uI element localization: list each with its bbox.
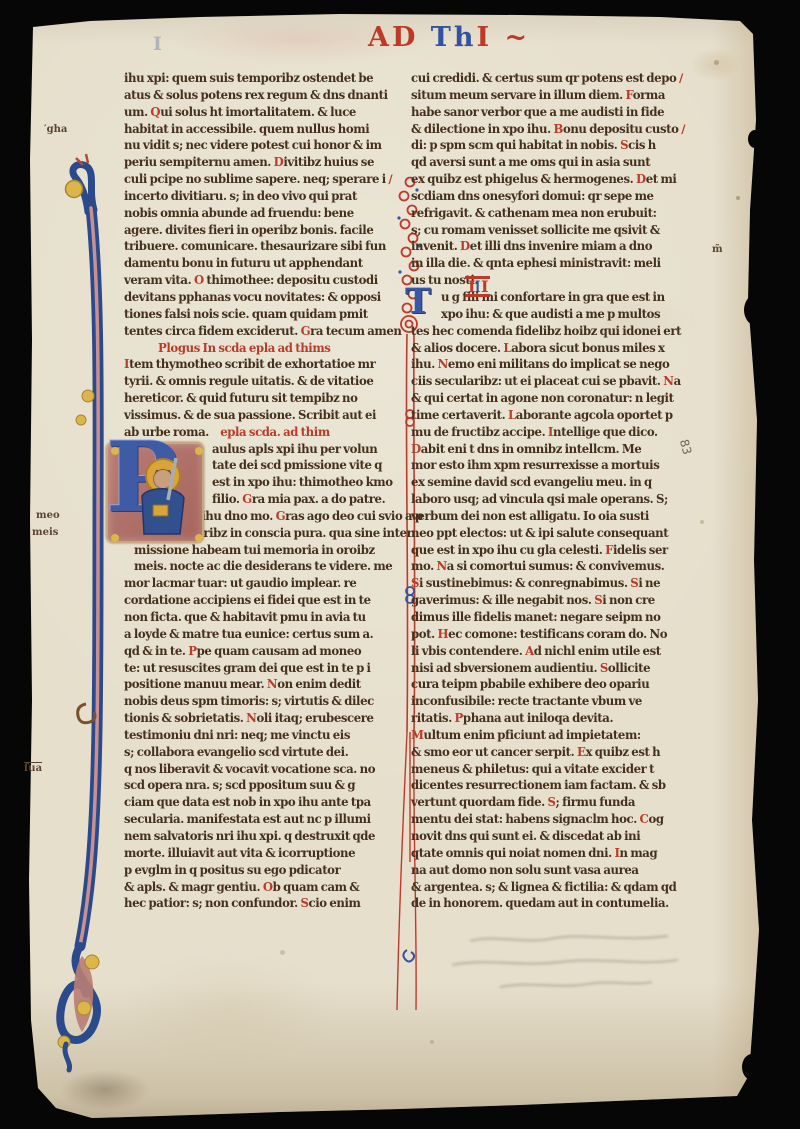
- text-line: cordatione accipiens ei fidei que est in…: [124, 592, 412, 609]
- ink-speck: [700, 520, 704, 524]
- text-line: p evglm in q positus su ego pdicator: [124, 862, 412, 879]
- text-line: tionis & sobrietatis. Noli itaq; erubesc…: [124, 710, 412, 727]
- text-line: mu de fructibz accipe. Intellige que dic…: [411, 424, 707, 441]
- text-line: meis. nocte ac die desiderans te videre.…: [124, 558, 412, 575]
- text-line: positione manuu mear. Non enim dedit: [124, 676, 412, 693]
- text-line: refrigavit. & cathenam mea non erubuit:: [411, 205, 707, 222]
- ink-speck: [714, 60, 719, 65]
- text-line: & qui certat in agone non coronatur: n l…: [411, 390, 707, 407]
- text-line: Si sustinebimus: & conregnabimus. Si ne: [411, 575, 707, 592]
- text-line: non ficta. que & habitavit pmu in avia t…: [124, 609, 412, 626]
- margin-note-meis: meis: [32, 527, 58, 538]
- text-line: laboro usq; ad vincula qsi male operans.…: [411, 491, 707, 508]
- text-column-right: cui credidi. & certus sum qr potens est …: [411, 70, 707, 912]
- text-line: qd aversi sunt a me oms qui in asia sunt: [411, 154, 707, 171]
- text-line: na aut domo non solu sunt vasa aurea: [411, 862, 707, 879]
- text-line: ihu xpi: quem suis temporibz ostendet be: [124, 70, 412, 87]
- text-line: & apls. & magr gentiu. Ob quam cam &: [124, 879, 412, 896]
- text-line: tyrii. & omnis regule uitatis. & de vita…: [124, 373, 412, 390]
- text-line: de in honorem. quedam aut in contumelia.: [411, 895, 707, 912]
- ink-speck: [430, 1040, 434, 1044]
- text-line: nobis omnia abunde ad fruendu: bene: [124, 205, 412, 222]
- text-line: s; collabora evangelio scd virtute dei.: [124, 744, 412, 761]
- chapter-numeral-ii: III: [465, 276, 490, 297]
- gold-dot: [82, 390, 94, 402]
- quire-mark: I: [153, 33, 162, 55]
- text-line: damentu bonu in futuru ut apphendant: [124, 255, 412, 272]
- text-line: li vbis contendere. Ad nichl enim utile …: [411, 643, 707, 660]
- text-line: agere. divites fieri in operibz bonis. f…: [124, 222, 412, 239]
- text-line: nem salvatoris nri ihu xpi. q destruxit …: [124, 828, 412, 845]
- text-line: ciam que data est nob in xpo ihu ante tp…: [124, 794, 412, 811]
- text-line: devitans pphanas vocu novitates: & oppos…: [124, 289, 412, 306]
- text-line: um. Qui solus ht imortalitatem. & luce: [124, 104, 412, 121]
- text-line: pot. Hec comone: testificans coram do. N…: [411, 626, 707, 643]
- illuminated-initial-p: P: [106, 442, 204, 543]
- text-line: Multum enim pficiunt ad impietatem:: [411, 727, 707, 744]
- faded-line: [500, 982, 652, 987]
- text-line: s; cu romam venisset sollicite me qsivit…: [411, 222, 707, 239]
- text-line: mor lacmar tuar: ut gaudio implear. re: [124, 575, 412, 592]
- text-line: a loyde & matre tua eunice: certus sum a…: [124, 626, 412, 643]
- manuscript-photo: AD ThI ~ I: [0, 0, 800, 1129]
- text-line: qd & in te. Ppe quam causam ad moneo: [124, 643, 412, 660]
- ink-speck: [736, 196, 740, 200]
- text-line: dicentes resurrectionem iam factam. & sb: [411, 777, 707, 794]
- text-line: dimus ille fidelis manet: negare seipm n…: [411, 609, 707, 626]
- text-line: hereticor. & quid futuru sit tempibz no: [124, 390, 412, 407]
- ink-speck: [280, 950, 285, 955]
- edge-notch: [748, 130, 762, 148]
- text-line: xpo ihu: & que audisti a me p multos: [411, 306, 707, 323]
- text-line: mor esto ihm xpm resurrexisse a mortuis: [411, 457, 707, 474]
- text-line: us tu nosti.: [411, 272, 707, 289]
- text-line: situm meum servare in illum diem. Forma: [411, 87, 707, 104]
- text-line: periu sempiternu amen. Divitibz huius se: [124, 154, 412, 171]
- text-line: scd opera nra. s; scd ppositum suu & g: [124, 777, 412, 794]
- text-line: mentu dei stat: habens signaclm hoc. Cog: [411, 811, 707, 828]
- text-line: verbum dei non est alligatu. Io oia sust…: [411, 508, 707, 525]
- gold-dot: [85, 955, 99, 969]
- edge-notch: [744, 294, 770, 326]
- text-line: cura teipm pbabile exhibere deo opariu: [411, 676, 707, 693]
- text-line: mo. Na si comortui sumus: & convivemus.: [411, 558, 707, 575]
- text-line: novit dns qui sunt ei. & discedat ab ini: [411, 828, 707, 845]
- text-line: vertunt quordam fide. S; firmu funda: [411, 794, 707, 811]
- text-line: meneus & philetus: qui a vitate excider …: [411, 761, 707, 778]
- text-line: inconfusibile: recte tractante vbum ve: [411, 693, 707, 710]
- text-line: tribuere. comunicare. thesaurizare sibi …: [124, 238, 412, 255]
- left-illuminated-bar: [36, 156, 128, 1074]
- text-line: Dabit eni t dns in omnibz intellcm. Me: [411, 441, 707, 458]
- faded-inscription: [440, 925, 720, 1000]
- text-line: qtate omnis qui noiat nomen dni. In mag: [411, 845, 707, 862]
- plaque-gold-corners: [108, 444, 206, 545]
- faded-line: [470, 936, 668, 941]
- text-line: time certaverit. Laborante agcola oporte…: [411, 407, 707, 424]
- text-line: atus & solus potens rex regum & dns dnan…: [124, 87, 412, 104]
- text-line: u g fili mi confortare in gra que est in: [411, 289, 707, 306]
- running-title: AD ThI ~: [368, 22, 530, 53]
- text-line: incerto divitiaru. s; in deo vivo qui pr…: [124, 188, 412, 205]
- faded-line: [452, 960, 678, 965]
- edge-notch: [742, 1054, 762, 1080]
- text-line: habe sanor verbor que a me audisti in fi…: [411, 104, 707, 121]
- text-line: secularia. manifestata est aut nc p illu…: [124, 811, 412, 828]
- text-line: ex quibz est phigelus & hermogenes. Det …: [411, 171, 707, 188]
- text-line: morte. illuiavit aut vita & icorruptione: [124, 845, 412, 862]
- text-line: ritatis. Pphana aut iniloqa devita.: [411, 710, 707, 727]
- text-line: invenit. Det illi dns invenire miam a dn…: [411, 238, 707, 255]
- text-line: nu vidit s; nec videre potest cui honor …: [124, 137, 412, 154]
- gold-dot: [77, 1001, 91, 1015]
- text-line: ex semine david scd evangeliu meu. in q: [411, 474, 707, 491]
- text-line: testimoniu dni nri: neq; me vinctu eis: [124, 727, 412, 744]
- text-line: tes hec comenda fidelibz hoibz qui idone…: [411, 323, 707, 340]
- text-line: gaverimus: & ille negabit nos. Si non cr…: [411, 592, 707, 609]
- gold-dot: [76, 415, 86, 425]
- text-line: Plogus In scda epla ad thims: [124, 340, 412, 357]
- text-line: veram vita. O thimothee: depositu custod…: [124, 272, 412, 289]
- text-line: que est in xpo ihu cu gla celesti. Fidel…: [411, 542, 707, 559]
- margin-note-meo: meo: [36, 510, 60, 521]
- margin-note-m: m̃: [712, 244, 723, 255]
- text-line: nisi ad sbversionem audientiu. Sollicite: [411, 660, 707, 677]
- blue-curl: [403, 950, 414, 962]
- initial-letter-t: T: [405, 284, 431, 319]
- text-line: ihu. Nemo eni militans do implicat se ne…: [411, 356, 707, 373]
- text-line: habitat in accessibile. quem nullus homi: [124, 121, 412, 138]
- margin-note-sua: ſua: [24, 763, 42, 774]
- text-line: nobis deus spm timoris: s; virtutis & di…: [124, 693, 412, 710]
- margin-gloss-top: ′gha: [44, 124, 67, 135]
- text-line: tentes circa fidem exciderut. Gra tecum …: [124, 323, 412, 340]
- text-line: Item thymotheo scribit de exhortatioe mr: [124, 356, 412, 373]
- text-line: tiones falsi nois scie. quam quidam pmit: [124, 306, 412, 323]
- text-line: in illa die. & qnta ephesi ministravit: …: [411, 255, 707, 272]
- text-line: cui credidi. & certus sum qr potens est …: [411, 70, 707, 87]
- text-line: hec patior: s; non confundor. Scio enim: [124, 895, 412, 912]
- gold-ball: [66, 181, 83, 198]
- text-line: & dilectione in xpo ihu. Bonu depositu c…: [411, 121, 707, 138]
- bar-tail: [65, 1044, 70, 1070]
- text-line: & smo eor ut cancer serpit. Ex quibz est…: [411, 744, 707, 761]
- text-line: te: ut resuscites gram dei que est in te…: [124, 660, 412, 677]
- text-line: scdiam dns onesyfori domui: qr sepe me: [411, 188, 707, 205]
- text-line: & alios docere. Labora sicut bonus miles…: [411, 340, 707, 357]
- text-line: q nos liberavit & vocavit vocatione sca.…: [124, 761, 412, 778]
- text-line: ciis secularibz: ut ei placeat cui se pb…: [411, 373, 707, 390]
- text-line: & argentea. s; & lignea & fictilia: & qd…: [411, 879, 707, 896]
- text-line: neo ppt electos: ut & ipi salute consequ…: [411, 525, 707, 542]
- text-line: culi pcipe no sublime sapere. neq; spera…: [124, 171, 412, 188]
- text-line: di: p spm scm qui habitat in nobis. Scis…: [411, 137, 707, 154]
